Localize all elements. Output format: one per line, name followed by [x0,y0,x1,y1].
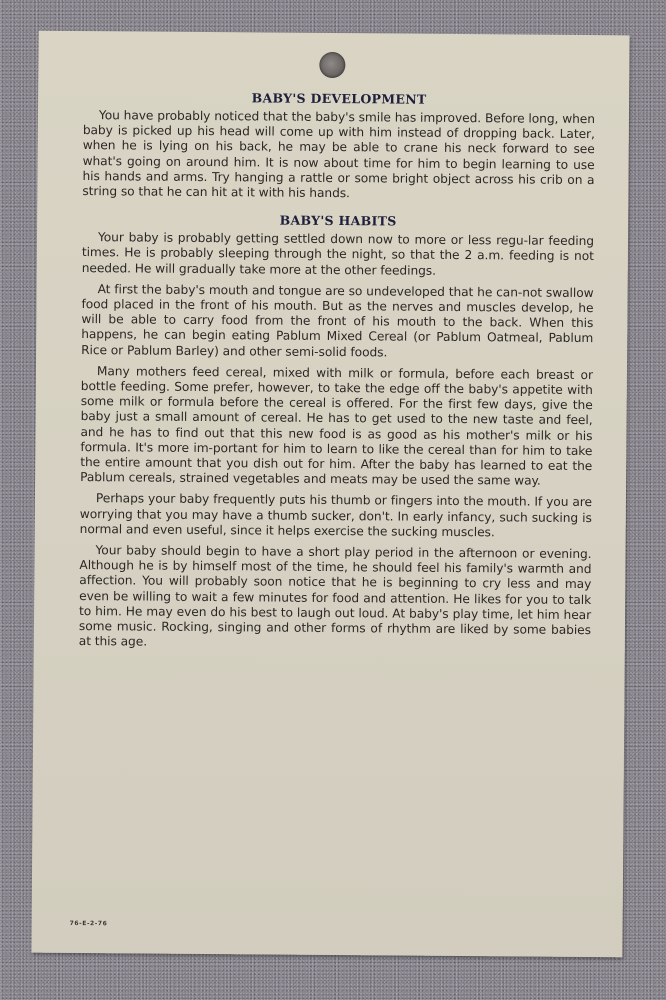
section-heading-habits: BABY'S HABITS [82,211,594,230]
paragraph-play-period: Your baby should begin to have a short p… [79,543,592,653]
paragraph-development: You have probably noticed that the baby'… [82,108,595,203]
punch-hole [319,52,345,78]
document-sheet: BABY'S DEVELOPMENT You have probably not… [31,31,629,958]
form-code: 76-E-2-76 [70,920,108,927]
paragraph-mouth-tongue: At first the baby's mouth and tongue are… [81,282,594,362]
paragraph-feeding-times: Your baby is probably getting settled do… [82,230,594,280]
document-content: BABY'S DEVELOPMENT You have probably not… [79,89,595,660]
paragraph-thumb-sucking: Perhaps your baby frequently puts his th… [80,492,592,542]
section-heading-development: BABY'S DEVELOPMENT [83,89,595,108]
paragraph-cereal-feeding: Many mothers feed cereal, mixed with mil… [80,364,593,490]
